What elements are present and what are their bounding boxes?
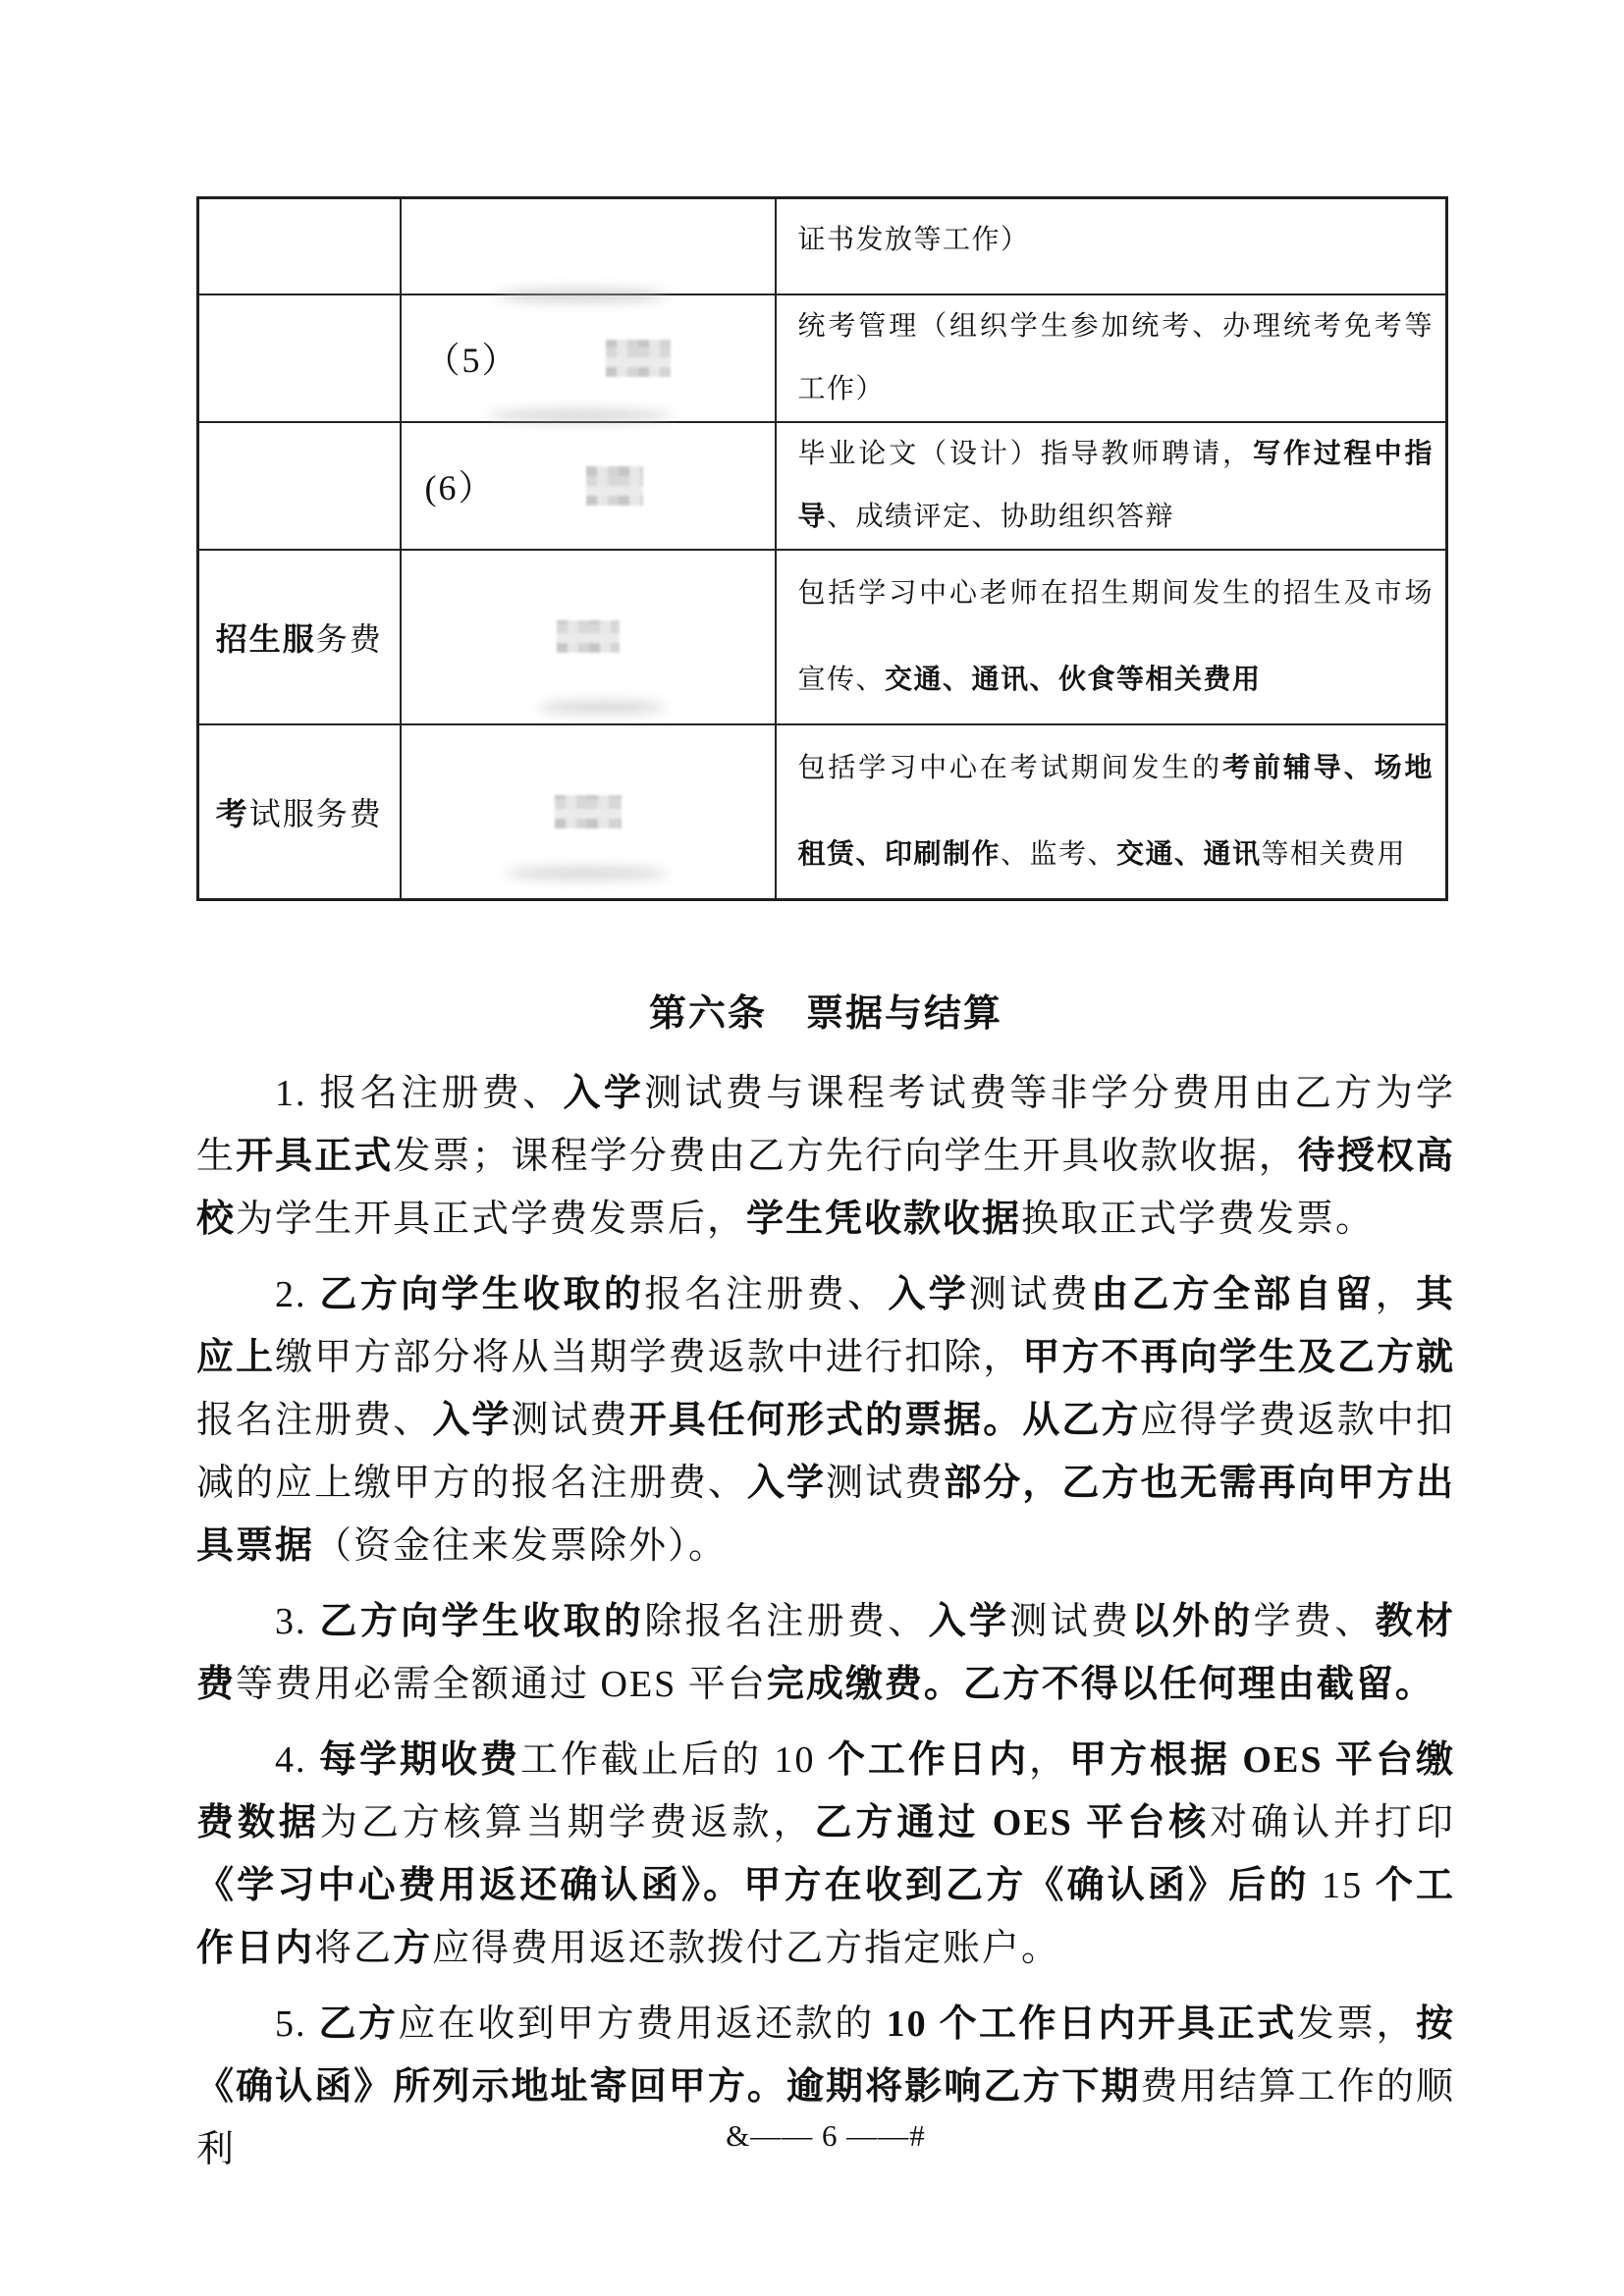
redacted-text bbox=[557, 620, 620, 653]
item-cell: （5） bbox=[401, 294, 776, 422]
table-row-2: （5） 统考管理（组织学生参加统考、办理统考免考等工作） bbox=[198, 294, 1447, 422]
table-row-5: 考试服务费 包括学习中心在考试期间发生的考前辅导、场地租赁、印刷制作、监考、交通… bbox=[198, 724, 1447, 900]
fee-table: 证书发放等工作） （5） 统考管理（组织学生参加统考、办理统考免考等工作） (6… bbox=[196, 196, 1448, 901]
redacted-text bbox=[606, 340, 671, 377]
scan-smudge bbox=[538, 701, 666, 714]
scan-smudge bbox=[506, 867, 668, 880]
scan-smudge bbox=[489, 409, 671, 422]
category-cell bbox=[198, 294, 401, 422]
item-number: （5） bbox=[425, 333, 519, 383]
paragraph-3: 3. 乙方向学生收取的除报名注册费、入学测试费以外的学费、教材费等费用必需全额通… bbox=[196, 1590, 1455, 1716]
description-cell: 包括学习中心老师在招生期间发生的招生及市场宣传、交通、通讯、伙食等相关费用 bbox=[776, 550, 1447, 724]
category-cell bbox=[198, 422, 401, 550]
redacted-text bbox=[586, 466, 643, 506]
paragraph-1: 1. 报名注册费、入学测试费与课程考试费等非学分费用由乙方为学生开具正式发票；课… bbox=[196, 1062, 1455, 1251]
paragraph-4: 4. 每学期收费工作截止后的 10 个工作日内，甲方根据 OES 平台缴费数据为… bbox=[196, 1729, 1455, 1980]
scan-smudge bbox=[496, 289, 668, 302]
item-cell bbox=[401, 550, 776, 724]
item-cell: (6） bbox=[401, 422, 776, 550]
category-cell: 考试服务费 bbox=[198, 724, 401, 900]
document-page: 证书发放等工作） （5） 统考管理（组织学生参加统考、办理统考免考等工作） (6… bbox=[0, 0, 1624, 2296]
table-row-3: (6） 毕业论文（设计）指导教师聘请，写作过程中指导、成绩评定、协助组织答辩 bbox=[198, 422, 1447, 550]
item-number: (6） bbox=[425, 460, 496, 510]
section-title: 第六条 票据与结算 bbox=[196, 988, 1455, 1039]
table-row-4: 招生服务费 包括学习中心老师在招生期间发生的招生及市场宣传、交通、通讯、伙食等相… bbox=[198, 550, 1447, 724]
description-cell: 证书发放等工作） bbox=[776, 198, 1447, 294]
description-cell: 毕业论文（设计）指导教师聘请，写作过程中指导、成绩评定、协助组织答辩 bbox=[776, 422, 1447, 550]
paragraph-2: 2. 乙方向学生收取的报名注册费、入学测试费由乙方全部自留，其应上缴甲方部分将从… bbox=[196, 1263, 1455, 1577]
item-cell bbox=[401, 198, 776, 294]
article-body: 第六条 票据与结算 1. 报名注册费、入学测试费与课程考试费等非学分费用由乙方为… bbox=[196, 988, 1455, 2194]
category-cell bbox=[198, 198, 401, 294]
description-cell: 统考管理（组织学生参加统考、办理统考免考等工作） bbox=[776, 294, 1447, 422]
table-row-1: 证书发放等工作） bbox=[198, 198, 1447, 294]
category-cell: 招生服务费 bbox=[198, 550, 401, 724]
description-cell: 包括学习中心在考试期间发生的考前辅导、场地租赁、印刷制作、监考、交通、通讯等相关… bbox=[776, 724, 1447, 900]
page-footer: &—— 6 ——# bbox=[196, 2118, 1455, 2154]
redacted-text bbox=[555, 795, 622, 828]
